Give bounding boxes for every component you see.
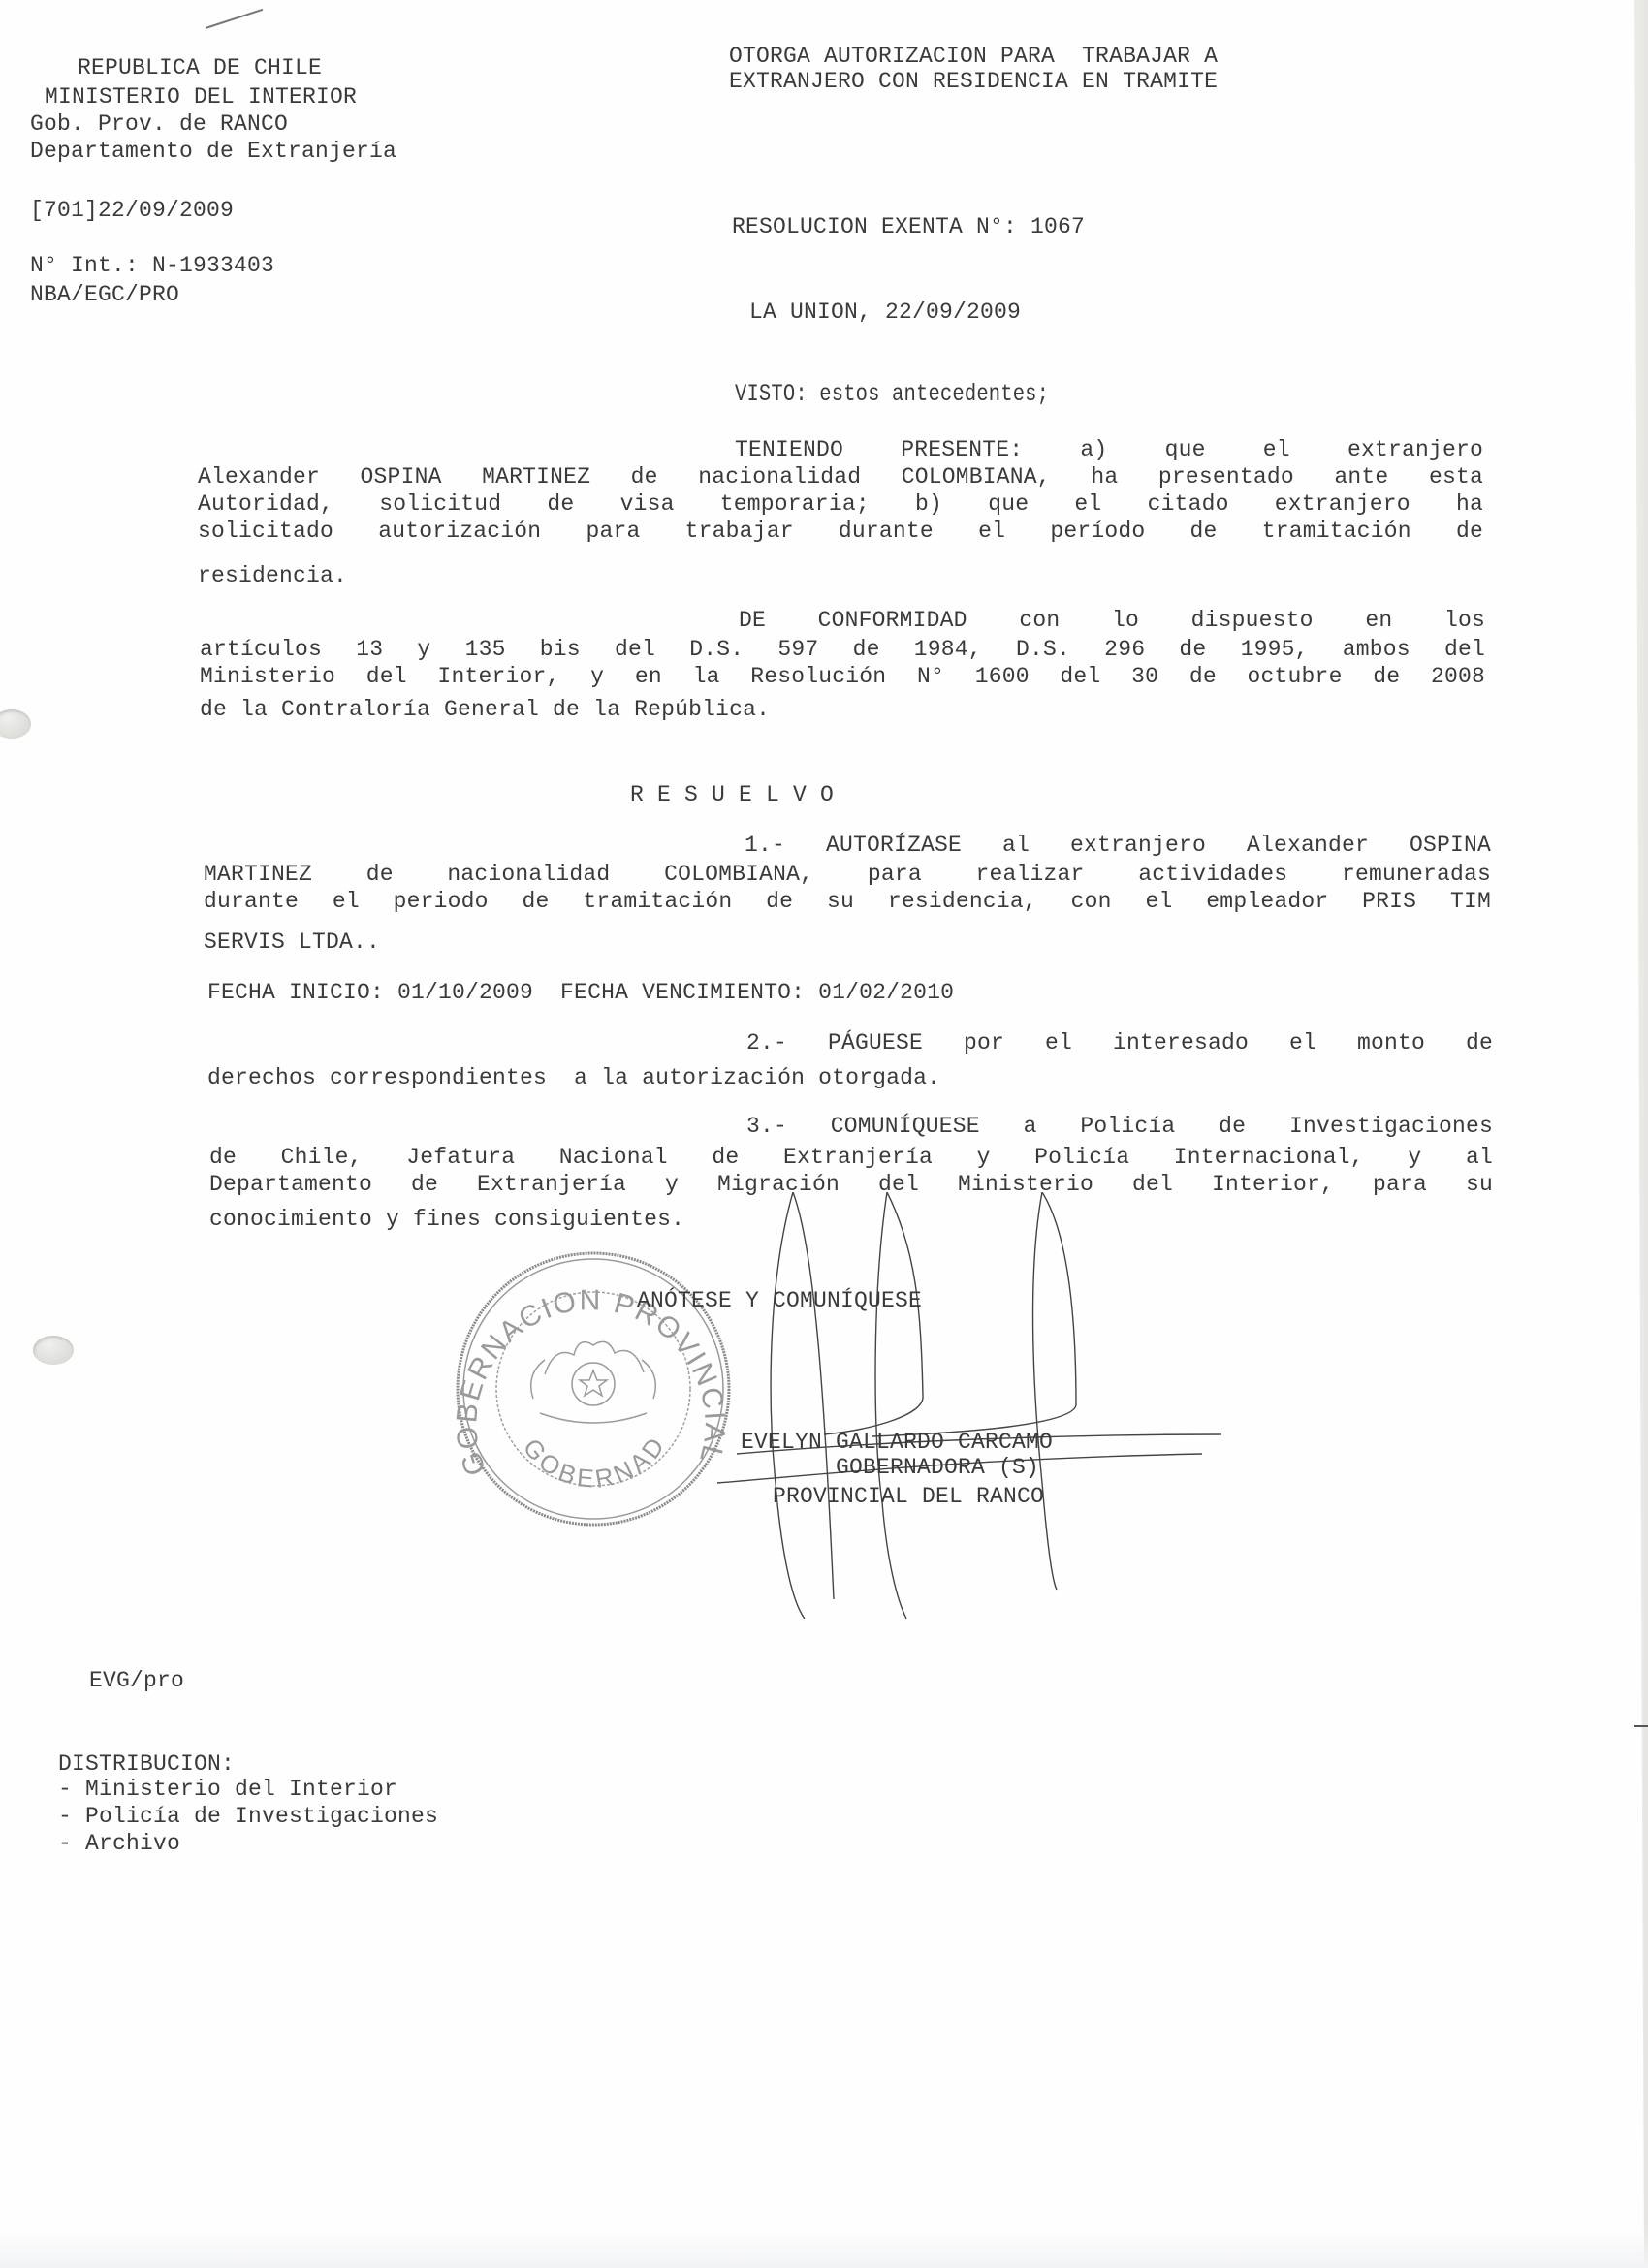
distribution-item: - Ministerio del Interior xyxy=(58,1776,397,1803)
paragraph-line: 2.- PÁGUESE por el interesado el monto d… xyxy=(746,1029,1493,1056)
paragraph-line: SERVIS LTDA.. xyxy=(204,929,380,956)
distribution-item: - Policía de Investigaciones xyxy=(58,1803,438,1830)
paragraph-line: DE CONFORMIDAD con lo dispuesto en los xyxy=(739,607,1485,634)
paragraph-line: MARTINEZ de nacionalidad COLOMBIANA, par… xyxy=(204,861,1491,888)
header-department: Departamento de Extranjería xyxy=(30,138,396,165)
page-edge-mark xyxy=(1634,1725,1648,1727)
typist-initials: EVG/pro xyxy=(89,1667,184,1694)
header-governorate: Gob. Prov. de RANCO xyxy=(30,110,288,138)
subject-line-1: OTORGA AUTORIZACION PARA TRABAJAR A xyxy=(729,43,1218,70)
visto-clause: VISTO: estos antecedentes; xyxy=(735,381,1049,408)
distribution-item: - Archivo xyxy=(58,1830,180,1857)
paragraph-line: derechos correspondientes a la autorizac… xyxy=(207,1064,940,1091)
signer-office: PROVINCIAL DEL RANCO xyxy=(773,1483,1044,1510)
paragraph-line: Alexander OSPINA MARTINEZ de nacionalida… xyxy=(198,463,1483,490)
resuelvo-heading: R E S U E L V O xyxy=(630,781,834,808)
paragraph-line: Ministerio del Interior, y en la Resoluc… xyxy=(200,663,1485,690)
paragraph-line: TENIENDO PRESENTE: a) que el extranjero xyxy=(735,436,1483,463)
authorization-dates: FECHA INICIO: 01/10/2009 FECHA VENCIMIEN… xyxy=(207,979,954,1006)
paragraph-line: Autoridad, solicitud de visa temporaria;… xyxy=(198,490,1483,518)
distribution-title: DISTRIBUCION: xyxy=(58,1750,235,1778)
subject-line-2: EXTRANJERO CON RESIDENCIA EN TRAMITE xyxy=(729,68,1218,95)
closing-formula: ANÓTESE Y COMUNÍQUESE xyxy=(637,1287,922,1314)
header-republic: REPUBLICA DE CHILE xyxy=(78,54,322,81)
resolution-number: RESOLUCION EXENTA N°: 1067 xyxy=(732,213,1085,240)
internal-number: N° Int.: N-1933403 xyxy=(30,252,274,279)
paragraph-line: 3.- COMUNÍQUESE a Policía de Investigaci… xyxy=(746,1113,1493,1140)
punch-hole-bottom xyxy=(33,1336,74,1365)
paragraph-line: solicitado autorización para trabajar du… xyxy=(198,518,1483,545)
scan-shadow xyxy=(0,2229,1648,2268)
paragraph-line: artículos 13 y 135 bis del D.S. 597 de 1… xyxy=(200,636,1485,663)
paragraph-line: de Chile, Jefatura Nacional de Extranjer… xyxy=(209,1144,1493,1171)
signer-name: EVELYN GALLARDO CARCAMO xyxy=(741,1429,1053,1456)
handwritten-signature xyxy=(679,1192,1221,1619)
place-date: LA UNION, 22/09/2009 xyxy=(749,299,1021,326)
paragraph-line: residencia. xyxy=(198,562,347,589)
coat-of-arms-icon xyxy=(531,1341,656,1423)
header-ministry: MINISTERIO DEL INTERIOR xyxy=(45,83,357,110)
paragraph-line: 1.- AUTORÍZASE al extranjero Alexander O… xyxy=(745,832,1491,859)
scanned-page-edge xyxy=(1609,0,1648,2268)
punch-hole-top xyxy=(0,709,31,739)
reference-code: [701]22/09/2009 xyxy=(30,197,234,224)
paragraph-line: de la Contraloría General de la Repúblic… xyxy=(200,696,770,723)
document-initials: NBA/EGC/PRO xyxy=(30,281,179,308)
paragraph-line: durante el periodo de tramitación de su … xyxy=(204,888,1491,915)
signer-title: GOBERNADORA (S) xyxy=(836,1454,1039,1481)
pen-mark xyxy=(206,9,264,29)
